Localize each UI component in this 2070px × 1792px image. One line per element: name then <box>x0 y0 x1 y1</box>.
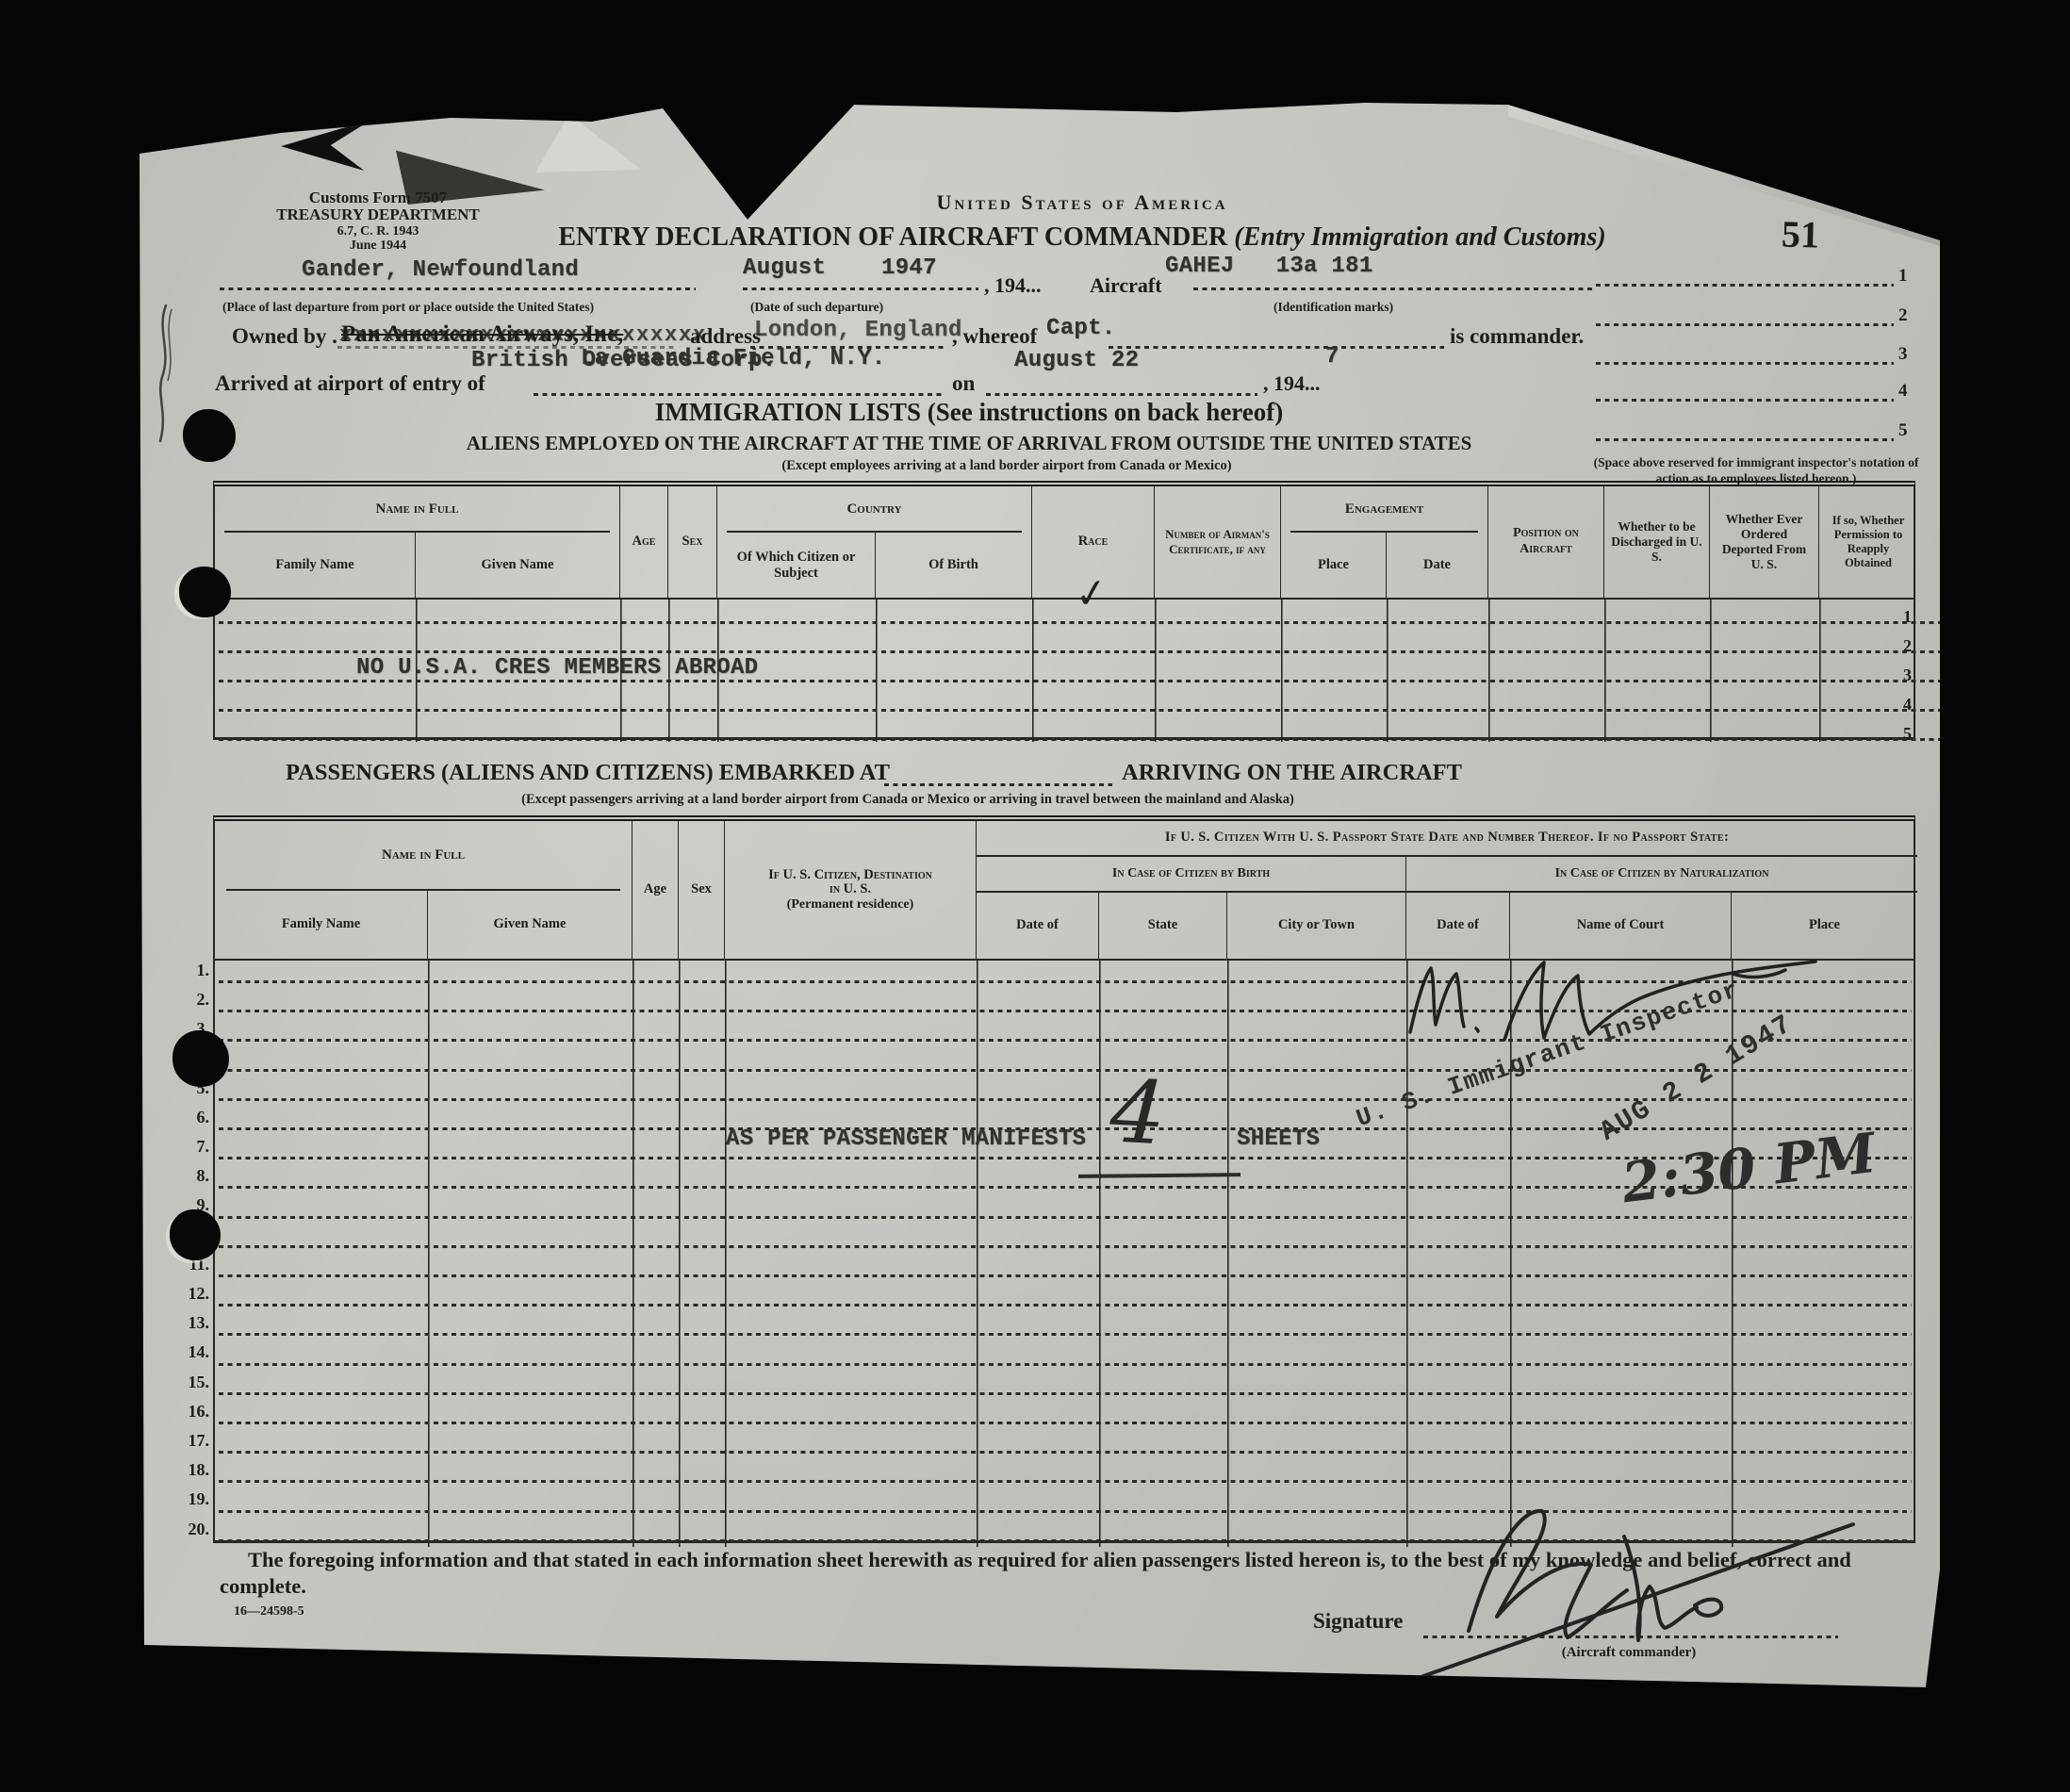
col-family-name: Family Name <box>215 891 428 959</box>
dotted-line <box>219 1304 1912 1307</box>
margin-line-number: 4 <box>1898 382 1908 402</box>
passenger-row-number: 12. <box>177 1285 209 1303</box>
col-deported: Whether Ever Ordered Deported From U. S. <box>1710 486 1819 598</box>
dotted-line <box>219 709 1944 712</box>
owned-by-label: Owned by . <box>232 325 337 349</box>
col-citizen-of: Of Which Citizen or Subject <box>717 533 876 598</box>
hole-punch <box>183 409 236 462</box>
col-reapply: If so, Whether Permission to Reapply Obt… <box>1819 486 1917 598</box>
immigration-exception: (Except employees arriving at a land bor… <box>234 459 1780 474</box>
manifest-count-pen: 4 <box>1108 1061 1168 1165</box>
col-family-name: Family Name <box>215 533 416 598</box>
form-paper: Customs Form 7507 TREASURY DEPARTMENT 6.… <box>140 99 1940 1692</box>
identification-label: (Identification marks) <box>1273 301 1393 315</box>
binding-thread <box>140 302 189 457</box>
crew-row-number: 2 <box>1883 637 1912 655</box>
departure-date-label: (Date of such departure) <box>750 301 883 315</box>
passenger-row-number: 20. <box>177 1521 209 1538</box>
scanned-document-canvas: Customs Form 7507 TREASURY DEPARTMENT 6.… <box>0 0 2070 1792</box>
immigration-table: Name in Full Family Name Given Name Age … <box>213 481 1915 740</box>
margin-line-number: 3 <box>1898 345 1908 365</box>
departure-date-value: August 1947 <box>743 257 937 280</box>
departure-place-label: (Place of last departure from port or pl… <box>222 301 594 315</box>
manifest-suffix: SHEETS <box>1237 1128 1320 1151</box>
col-city-or-town: City or Town <box>1227 893 1406 959</box>
crew-row-number: 3 <box>1883 666 1912 684</box>
immigration-title: IMMIGRATION LISTS (See instructions on b… <box>309 399 1629 426</box>
immigration-table-header: Name in Full Family Name Given Name Age … <box>215 486 1914 600</box>
col-name-in-full: Name in Full Family Name Given Name <box>215 821 632 959</box>
col-engagement-place: Place <box>1281 533 1387 598</box>
commander-signature <box>1403 1485 1874 1692</box>
passengers-exception: (Except passengers arriving at a land bo… <box>140 793 1676 808</box>
hole-punch <box>172 1030 229 1087</box>
dotted-line <box>1109 346 1444 349</box>
dotted-line <box>219 1363 1912 1366</box>
dotted-line <box>1596 399 1894 402</box>
dotted-line <box>219 1392 1912 1395</box>
dotted-line <box>1596 284 1894 287</box>
sheet-number: 51 <box>1781 213 1819 255</box>
dotted-line <box>1193 288 1593 290</box>
passenger-table-header: Name in Full Family Name Given Name Age … <box>215 821 1914 961</box>
whereof-label: , whereof <box>952 325 1037 349</box>
print-code: 16—24598-5 <box>234 1604 304 1619</box>
col-engagement: Engagement Place Date <box>1281 486 1488 598</box>
col-age: Age <box>632 821 679 959</box>
is-commander-label: is commander. <box>1450 325 1584 349</box>
nation-title: United States of America <box>422 191 1742 214</box>
passenger-row-number: 7. <box>177 1138 209 1156</box>
dotted-line <box>219 1274 1912 1277</box>
passenger-row-number: 18. <box>177 1461 209 1479</box>
col-by-naturalization: In Case of Citizen by Naturalization <box>1406 857 1917 891</box>
no-crew-entry: NO U.S.A. CRES MEMBERS ABROAD <box>356 657 758 680</box>
crew-row-number: 4 <box>1883 696 1912 714</box>
dotted-line <box>219 1216 1912 1219</box>
col-sex: Sex <box>668 486 717 598</box>
passenger-row-number: 19. <box>177 1490 209 1508</box>
arrived-label: Arrived at airport of entry of <box>215 372 485 396</box>
passenger-row-number: 16. <box>177 1403 209 1421</box>
hole-punch <box>179 567 231 617</box>
margin-line-number: 5 <box>1898 421 1908 441</box>
immigration-title-main: IMMIGRATION LISTS <box>655 398 921 426</box>
dotted-line <box>220 288 696 290</box>
signature-label: Signature <box>1313 1610 1403 1634</box>
dotted-line <box>219 1480 1912 1483</box>
dotted-line <box>884 783 1112 786</box>
passengers-title-right: ARRIVING ON THE AIRCRAFT <box>1122 761 1462 785</box>
manifest-note: AS PER PASSENGER MANIFESTS <box>726 1128 1086 1151</box>
passenger-row-number: 14. <box>177 1343 209 1361</box>
col-discharged: Whether to be Discharged in U. S. <box>1604 486 1710 598</box>
aircraft-label: Aircraft <box>1090 274 1162 297</box>
year-blank-label: , 194... <box>984 274 1042 297</box>
pen-checkmark: ✓ <box>1072 568 1111 618</box>
margin-line-number: 1 <box>1898 267 1908 287</box>
dotted-line <box>219 1422 1912 1424</box>
col-name-in-full: Name in Full Family Name Given Name <box>215 486 620 598</box>
dotted-line <box>1596 362 1894 365</box>
margin-line-number: 2 <box>1898 306 1908 326</box>
passenger-row-number: 17. <box>177 1432 209 1450</box>
arrival-date-value: August 22 <box>1014 350 1139 372</box>
dotted-line <box>219 650 1944 653</box>
page-title-paren: (Entry Immigration and Customs) <box>1234 222 1605 252</box>
page-title-main: ENTRY DECLARATION OF AIRCRAFT COMMANDER <box>558 222 1227 252</box>
dotted-line <box>219 1451 1912 1454</box>
aircraft-id-value: GAHEJ 13a 181 <box>1165 255 1373 278</box>
passenger-row-number: 13. <box>177 1314 209 1332</box>
crew-row-number: 1 <box>1883 608 1912 626</box>
crew-row-number: 5 <box>1883 725 1912 743</box>
col-by-birth: In Case of Citizen by Birth <box>977 857 1406 891</box>
dotted-line <box>219 738 1944 741</box>
passenger-row-number: 1. <box>177 962 209 979</box>
airport-value: La Guardia Field, N.Y. <box>581 348 885 370</box>
dotted-line <box>219 1333 1912 1336</box>
immigration-title-paren: (See instructions on back hereof) <box>928 398 1284 426</box>
address-value: London, England <box>754 320 962 342</box>
dotted-line <box>219 1069 1912 1072</box>
passenger-row-number: 15. <box>177 1373 209 1391</box>
col-of-birth: Of Birth <box>876 533 1031 598</box>
passenger-row-number: 6. <box>177 1109 209 1126</box>
col-sex: Sex <box>679 821 725 959</box>
col-position: Position on Aircraft <box>1488 486 1604 598</box>
commander-value: Capt. <box>1046 318 1116 340</box>
dotted-line <box>219 621 1944 624</box>
arrival-year-blank: , 194... <box>1263 372 1321 395</box>
col-given-name: Given Name <box>416 533 619 598</box>
dotted-line <box>986 393 1257 396</box>
dotted-line <box>1596 323 1894 326</box>
dotted-line <box>534 393 945 396</box>
col-country: Country Of Which Citizen or Subject Of B… <box>717 486 1032 598</box>
col-birth-date: Date of <box>977 893 1099 959</box>
col-given-name: Given Name <box>428 891 632 959</box>
col-age: Age <box>620 486 668 598</box>
col-engagement-date: Date <box>1387 533 1487 598</box>
col-state: State <box>1099 893 1227 959</box>
passenger-row-number: 2. <box>177 991 209 1009</box>
departure-place-value: Gander, Newfoundland <box>302 259 579 282</box>
page-title: ENTRY DECLARATION OF AIRCRAFT COMMANDER … <box>328 223 1836 252</box>
passport-note: If U. S. Citizen With U. S. Passport Sta… <box>977 821 1917 857</box>
dotted-line <box>743 288 978 290</box>
paper-tear <box>281 120 371 171</box>
on-label: on <box>952 372 975 396</box>
hole-punch <box>170 1209 221 1260</box>
owner-strike-overlay: xxxxxxxxxxxxxxxxxxxxxxxxxx <box>339 325 707 346</box>
paper-fold-flap <box>535 114 641 173</box>
certification-line2: complete. <box>220 1575 306 1598</box>
col-airman-certificate: Number of Airman's Certificate, if any <box>1155 486 1281 598</box>
passenger-row-number: 8. <box>177 1167 209 1185</box>
arrival-year-digit: 7 <box>1325 346 1339 369</box>
citizen-header-group: If U. S. Citizen With U. S. Passport Sta… <box>977 821 1917 959</box>
col-destination: If U. S. Citizen, Destination in U. S. (… <box>725 821 977 959</box>
immigration-subtitle: ALIENS EMPLOYED ON THE AIRCRAFT AT THE T… <box>196 433 1742 454</box>
dotted-line <box>219 1245 1912 1248</box>
passengers-title: PASSENGERS (ALIENS AND CITIZENS) EMBARKE… <box>286 761 890 785</box>
